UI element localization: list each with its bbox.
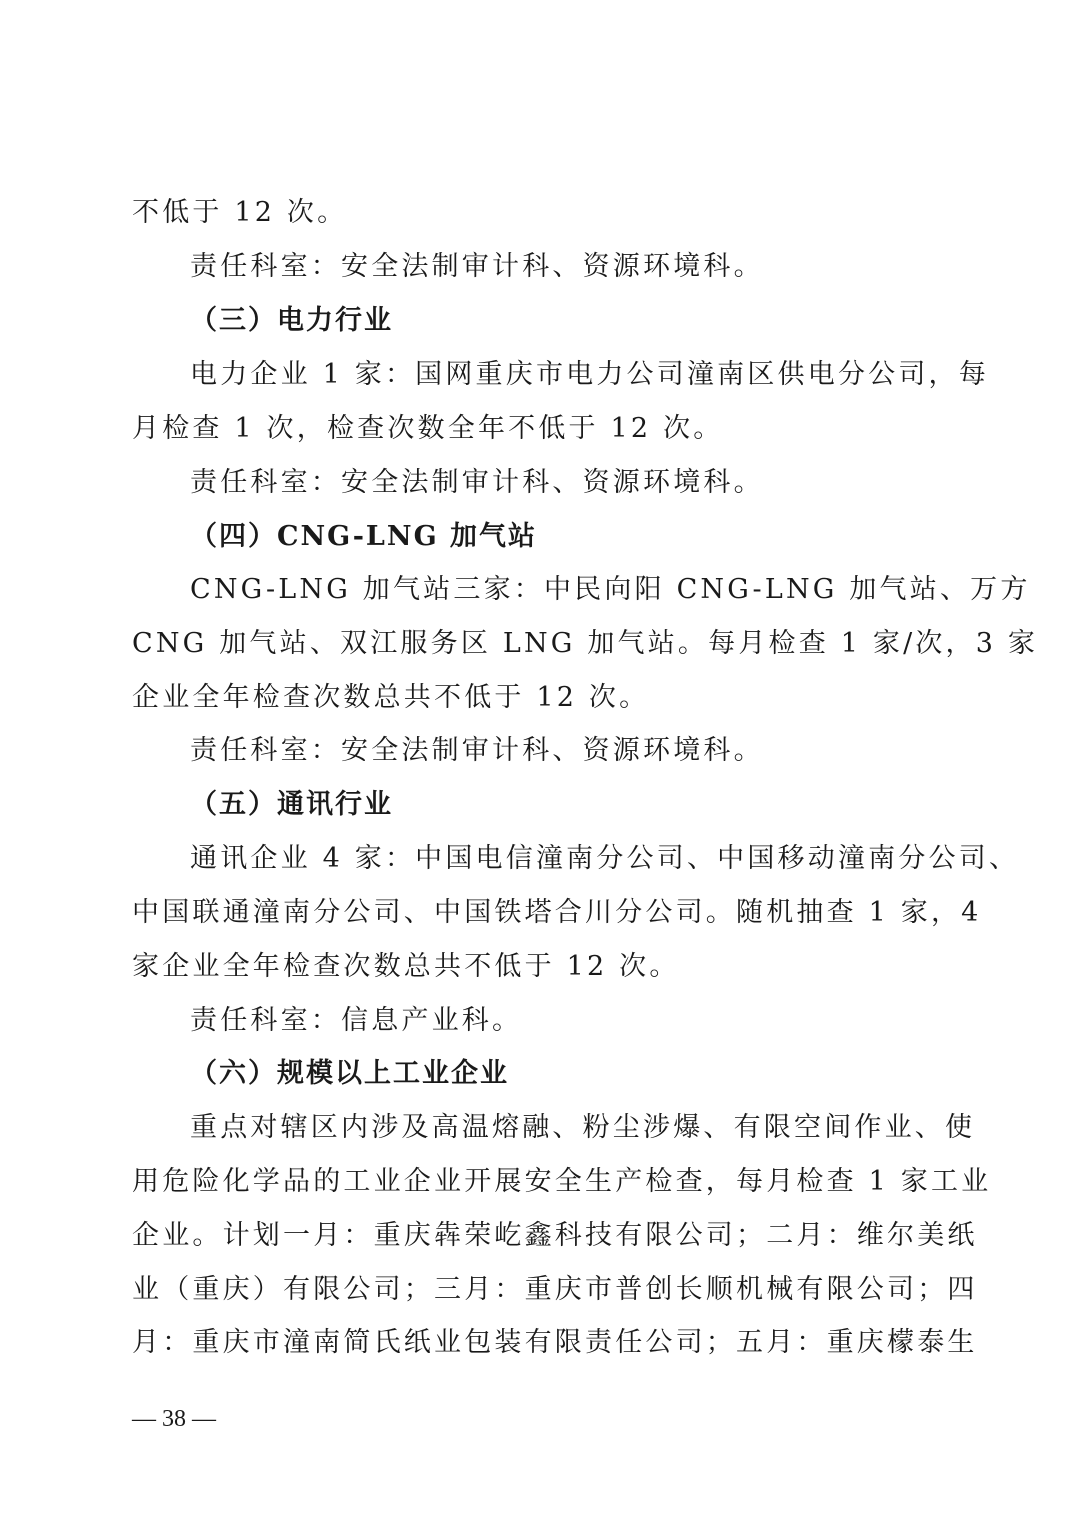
body-text-line: 业（重庆）有限公司；三月：重庆市普创长顺机械有限公司；四 xyxy=(132,1273,978,1307)
body-text-line: 月检查 1 次，检查次数全年不低于 12 次。 xyxy=(132,412,723,446)
body-text-line: 家企业全年检查次数总共不低于 12 次。 xyxy=(132,950,680,984)
body-text-line: 电力企业 1 家：国网重庆市电力公司潼南区供电分公司，每 xyxy=(190,358,989,392)
responsible-dept-line: 责任科室：安全法制审计科、资源环境科。 xyxy=(190,734,764,768)
body-text-line: 中国联通潼南分公司、中国铁塔合川分公司。随机抽查 1 家，4 xyxy=(132,896,982,930)
body-text-line: CNG 加气站、双江服务区 LNG 加气站。每月检查 1 家/次，3 家 xyxy=(132,627,1038,661)
body-text-line: 用危险化学品的工业企业开展安全生产检查，每月检查 1 家工业 xyxy=(132,1165,991,1199)
body-text-line: 企业。计划一月：重庆犇荣屹鑫科技有限公司；二月：维尔美纸 xyxy=(132,1219,978,1253)
responsible-dept-line: 责任科室：安全法制审计科、资源环境科。 xyxy=(190,250,764,284)
document-page: 不低于 12 次。 责任科室：安全法制审计科、资源环境科。 （三）电力行业 电力… xyxy=(0,0,1074,1520)
page-number: — 38 — xyxy=(132,1404,216,1434)
body-text-line: 月：重庆市潼南简氏纸业包装有限责任公司；五月：重庆檬泰生 xyxy=(132,1326,978,1360)
section-heading-telecom: （五）通讯行业 xyxy=(190,788,393,822)
body-text-line: CNG-LNG 加气站三家：中民向阳 CNG-LNG 加气站、万方 xyxy=(190,573,1031,607)
section-heading-cng-lng: （四）CNG-LNG 加气站 xyxy=(190,520,537,554)
responsible-dept-line: 责任科室：信息产业科。 xyxy=(190,1004,522,1038)
responsible-dept-line: 责任科室：安全法制审计科、资源环境科。 xyxy=(190,466,764,500)
body-text-line: 不低于 12 次。 xyxy=(132,196,347,230)
section-heading-industrial: （六）规模以上工业企业 xyxy=(190,1057,509,1091)
section-heading-power: （三）电力行业 xyxy=(190,304,393,338)
body-text-line: 重点对辖区内涉及高温熔融、粉尘涉爆、有限空间作业、使 xyxy=(190,1111,975,1145)
body-text-line: 通讯企业 4 家：中国电信潼南分公司、中国移动潼南分公司、 xyxy=(190,842,1019,876)
body-text-line: 企业全年检查次数总共不低于 12 次。 xyxy=(132,681,649,715)
